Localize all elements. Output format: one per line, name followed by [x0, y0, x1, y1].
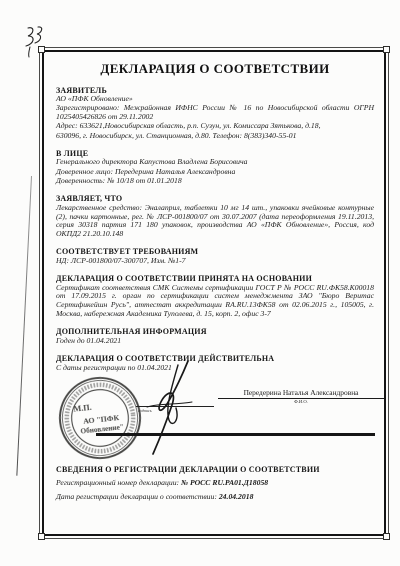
basis-text: Сертификат соответствия СМК Системы серт…	[56, 284, 374, 319]
section-applicant: ЗАЯВИТЕЛЬ АО «ПФК Обновление» Зарегистри…	[56, 86, 374, 141]
scanned-page: ДЕКЛАРАЦИЯ О СООТВЕТСТВИИ ЗАЯВИТЕЛЬ АО «…	[0, 0, 400, 566]
section-in-person: В ЛИЦЕ Генерального директора Капустова …	[56, 149, 374, 186]
applicant-registration: Зарегистрировано: Межрайонная ИФНС Росси…	[56, 104, 374, 122]
applicant-address-1: Адрес: 633621,Новосибирская область, р.п…	[56, 122, 374, 131]
separator-line	[96, 433, 375, 436]
registration-date-value: 24.04.2018	[219, 492, 254, 501]
in-person-director: Генерального директора Капустова Владлен…	[56, 158, 374, 167]
signatory-name-caption: Ф.И.О.	[218, 399, 384, 404]
conforms-text: НД: ЛСР-001800/07-300707, Изм. №1-7	[56, 257, 374, 266]
registration-number-value: № РОСС RU.РА01.Д18058	[181, 478, 268, 487]
in-person-power-of-attorney: Доверенность: № 10/18 от 01.01.2018	[56, 177, 374, 186]
section-basis: ДЕКЛАРАЦИЯ О СООТВЕТСТВИИ ПРИНЯТА НА ОСН…	[56, 274, 374, 319]
scan-artifact-line	[16, 176, 32, 476]
signature	[142, 358, 204, 460]
registration-heading: СВЕДЕНИЯ О РЕГИСТРАЦИИ ДЕКЛАРАЦИИ О СООТ…	[56, 465, 374, 474]
company-stamp: М.П. АО "ПФК Обновление"	[54, 372, 146, 464]
basis-heading: ДЕКЛАРАЦИЯ О СООТВЕТСТВИИ ПРИНЯТА НА ОСН…	[56, 274, 374, 283]
document-frame: ДЕКЛАРАЦИЯ О СООТВЕТСТВИИ ЗАЯВИТЕЛЬ АО «…	[42, 50, 386, 536]
applicant-address-2: 630096, г. Новосибирск, ул. Станционная,…	[56, 132, 374, 141]
validity-heading: ДЕКЛАРАЦИЯ О СООТВЕТСТВИИ ДЕЙСТВИТЕЛЬНА	[56, 354, 374, 363]
registration-date-label: Дата регистрации декларации о соответств…	[56, 492, 217, 501]
registration-date-line: Дата регистрации декларации о соответств…	[56, 493, 374, 502]
signatory-name: Передерина Наталья Александровна	[218, 388, 384, 399]
additional-info-heading: ДОПОЛНИТЕЛЬНАЯ ИНФОРМАЦИЯ	[56, 327, 374, 336]
stamp-mp-label: М.П.	[73, 403, 92, 414]
section-additional-info: ДОПОЛНИТЕЛЬНАЯ ИНФОРМАЦИЯ Годен до 01.04…	[56, 327, 374, 345]
section-validity: ДЕКЛАРАЦИЯ О СООТВЕТСТВИИ ДЕЙСТВИТЕЛЬНА …	[56, 354, 374, 372]
document-content: ДЕКЛАРАЦИЯ О СООТВЕТСТВИИ ЗАЯВИТЕЛЬ АО «…	[44, 52, 384, 534]
registration-number-label: Регистрационный номер декларации:	[56, 478, 179, 487]
declares-heading: ЗАЯВЛЯЕТ, ЧТО	[56, 194, 374, 203]
signature-block: М.П. АО "ПФК Обновление" подпись Передер…	[56, 374, 374, 462]
registration-number-line: Регистрационный номер декларации: № РОСС…	[56, 479, 374, 488]
frame-corner-mark	[383, 46, 390, 53]
declares-text: Лекарственное средство: Эналаприл, табле…	[56, 204, 374, 239]
validity-text: С даты регистрации по 01.04.2021	[56, 364, 374, 373]
additional-info-text: Годен до 01.04.2021	[56, 337, 374, 346]
frame-corner-mark	[38, 533, 45, 540]
section-conforms: СООТВЕТСТВУЕТ ТРЕБОВАНИЯМ НД: ЛСР-001800…	[56, 247, 374, 265]
section-registration: СВЕДЕНИЯ О РЕГИСТРАЦИИ ДЕКЛАРАЦИИ О СООТ…	[56, 465, 374, 502]
section-declares: ЗАЯВЛЯЕТ, ЧТО Лекарственное средство: Эн…	[56, 194, 374, 239]
frame-corner-mark	[383, 533, 390, 540]
document-title: ДЕКЛАРАЦИЯ О СООТВЕТСТВИИ	[56, 61, 374, 77]
